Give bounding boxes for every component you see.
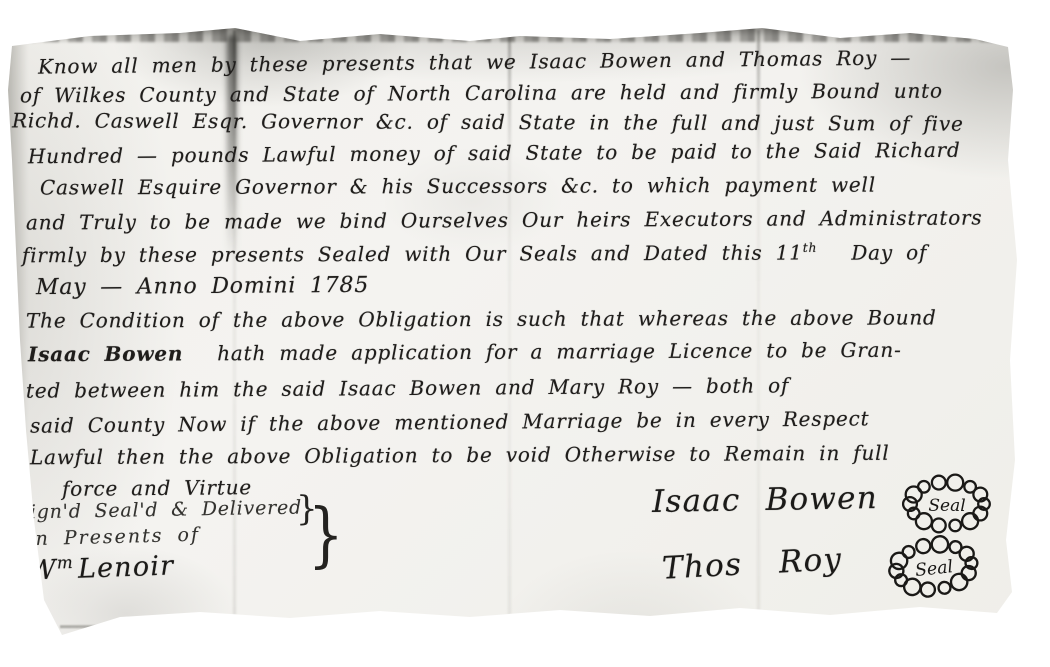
line10-text: hath made application for a marriage Lic… [217, 338, 902, 366]
line10-name: Isaac Bowen [28, 341, 183, 366]
document-line-12: said County Now if the above mentioned M… [30, 406, 870, 437]
line7-tail: Day of [851, 240, 927, 264]
seal-label: Seal [914, 557, 954, 581]
document-line-10: Isaac Bowenhath made application for a m… [28, 338, 902, 367]
document-line-11: ted between him the said Isaac Bowen and… [26, 373, 789, 402]
signature-thos-roy: Thos Roy [661, 541, 843, 586]
document-line-6: and Truly to be made we bind Ourselves O… [26, 205, 983, 234]
witness-superscript: m [56, 552, 74, 573]
document-line-5: Caswell Esquire Governor & his Successor… [40, 173, 876, 200]
document-paper: Know all men by these presents that we I… [0, 0, 1050, 667]
attestation-brace-large: } [308, 495, 344, 576]
line7-text: firmly by these presents Sealed with Our… [22, 241, 803, 268]
attestation-line-2: In Presents of [26, 524, 201, 551]
signature-witness-wm-lenoir: Wm Lenoir [27, 548, 174, 586]
document-line-4: Hundred — pounds Lawful money of said St… [28, 138, 961, 169]
bottom-edge-shadow [60, 623, 990, 628]
document-line-8: May — Anno Domini 1785 [36, 273, 369, 300]
line7-superscript: th [803, 240, 818, 255]
seal-label: Seal [928, 496, 965, 516]
document-line-3: Richd. Caswell Esqr. Governor &c. of sai… [12, 108, 964, 135]
signature-isaac-bowen: Isaac Bowen [652, 480, 878, 520]
document-line-9: The Condition of the above Obligation is… [26, 305, 937, 332]
scanned-document-canvas: Know all men by these presents that we I… [0, 0, 1050, 667]
witness-surname: Lenoir [77, 550, 174, 584]
witness-initial: W [28, 555, 58, 587]
seal-icon: Seal [881, 529, 988, 607]
seal-icon: Seal [898, 472, 996, 538]
document-line-2: of Wilkes County and State of North Caro… [20, 79, 943, 108]
attestation-line-1: Sign'd Seal'd & Delivered [16, 497, 302, 524]
document-line-7: firmly by these presents Sealed with Our… [22, 239, 927, 267]
document-line-1: Know all men by these presents that we I… [38, 45, 911, 78]
document-line-13: Lawful then the above Obligation to be v… [30, 441, 890, 470]
